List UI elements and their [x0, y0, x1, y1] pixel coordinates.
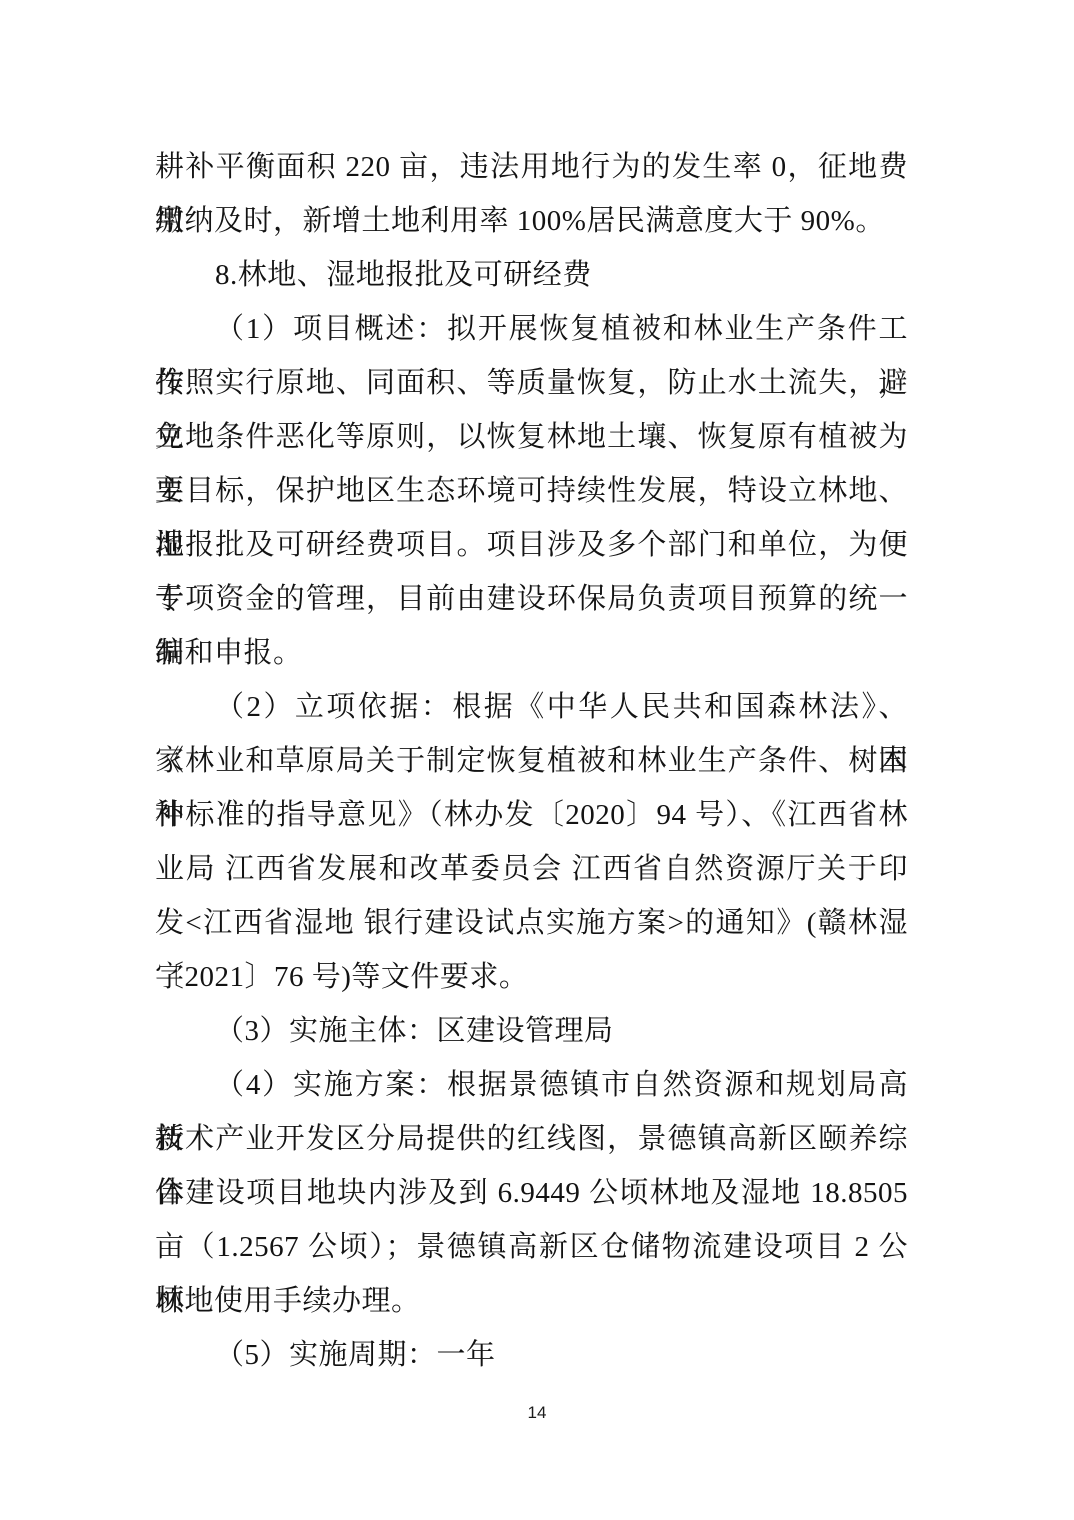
text-line: 〔2021〕76 号)等文件要求。: [155, 950, 908, 1004]
text-line: 体建设项目地块内涉及到 6.9449 公顷林地及湿地 18.8505: [155, 1166, 908, 1220]
text-line: （4）实施方案：根据景德镇市自然资源和规划局高新: [155, 1058, 908, 1112]
text-line: （2）立项依据：根据《中华人民共和国森林法》、《国: [155, 680, 908, 734]
text-line: （3）实施主体：区建设管理局: [155, 1004, 908, 1058]
text-line: 要目标，保护地区生态环境可持续性发展，特设立林地、湿: [155, 464, 908, 518]
document-page: 耕补平衡面积 220 亩，违法用地行为的发生率 0，征地费用缴纳及时，新增土地利…: [0, 0, 1074, 1520]
text-line: 林地使用手续办理。: [155, 1274, 908, 1328]
document-body: 耕补平衡面积 220 亩，违法用地行为的发生率 0，征地费用缴纳及时，新增土地利…: [155, 140, 908, 1382]
text-line: 家林业和草原局关于制定恢复植被和林业生产条件、树木补: [155, 734, 908, 788]
text-line: 业局 江西省发展和改革委员会 江西省自然资源厅关于印: [155, 842, 908, 896]
text-line: 按照实行原地、同面积、等质量恢复，防止水土流失，避免: [155, 356, 908, 410]
page-number: 14: [0, 1403, 1074, 1423]
text-line: 立地条件恶化等原则，以恢复林地土壤、恢复原有植被为主: [155, 410, 908, 464]
text-line: 耕补平衡面积 220 亩，违法用地行为的发生率 0，征地费用: [155, 140, 908, 194]
text-line: 亩（1.2567 公顷）；景德镇高新区仓储物流建设项目 2 公顷: [155, 1220, 908, 1274]
text-line: 技术产业开发区分局提供的红线图，景德镇高新区颐养综合: [155, 1112, 908, 1166]
text-line: （1）项目概述：拟开展恢复植被和林业生产条件工作，: [155, 302, 908, 356]
text-line: 种标准的指导意见》（林办发〔2020〕94 号）、《江西省林: [155, 788, 908, 842]
text-line: （5）实施周期：一年: [155, 1328, 908, 1382]
text-line: 地报批及可研经费项目。项目涉及多个部门和单位，为便于: [155, 518, 908, 572]
text-line: 专项资金的管理，目前由建设环保局负责项目预算的统一编: [155, 572, 908, 626]
text-line: 制和申报。: [155, 626, 908, 680]
text-line: 发<江西省湿地 银行建设试点实施方案>的通知》(赣林湿字: [155, 896, 908, 950]
text-line: 缴纳及时，新增土地利用率 100%居民满意度大于 90%。: [155, 194, 908, 248]
text-line: 8.林地、湿地报批及可研经费: [155, 248, 908, 302]
